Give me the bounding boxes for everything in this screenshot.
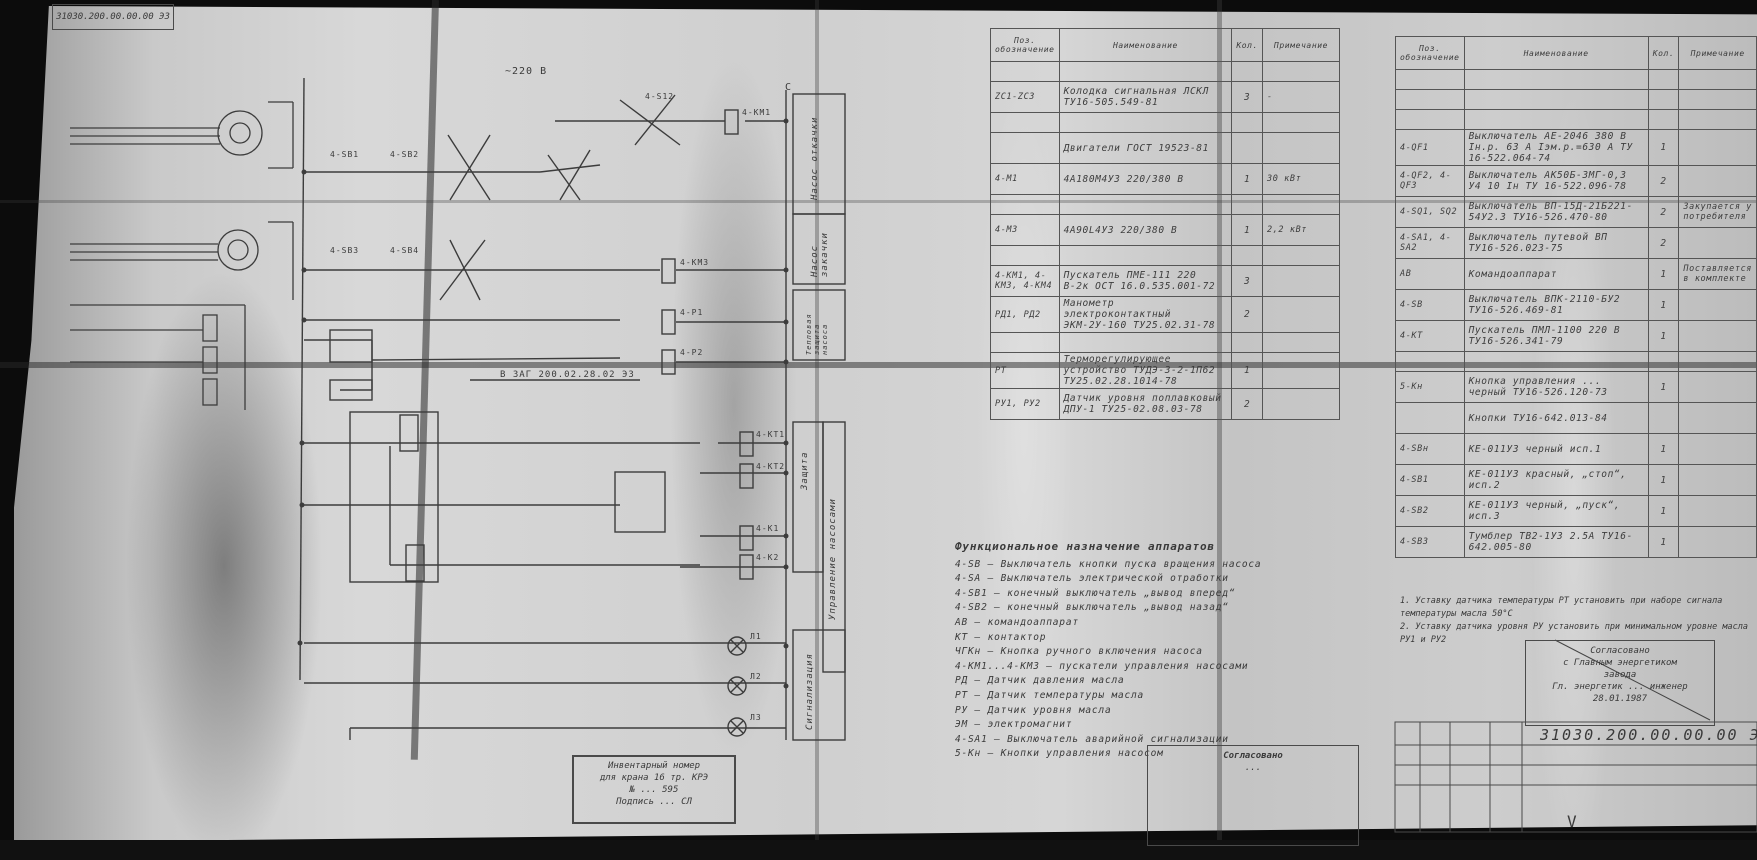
cell-note bbox=[1263, 133, 1340, 164]
approval-stamp-right: Согласовано с Главным энергетиком завода… bbox=[1525, 640, 1715, 726]
cell-name: КЕ-011У3 красный, „стоп“, исп.2 bbox=[1464, 465, 1648, 496]
cell-note: 30 кВт bbox=[1263, 164, 1340, 195]
cell-qty: 1 bbox=[1232, 164, 1263, 195]
legend-item: КТ — контактор bbox=[955, 631, 1261, 646]
switch-label: 4-S12 bbox=[645, 92, 674, 101]
approval-stamp-bottom: Согласовано ... bbox=[1147, 745, 1359, 846]
cell-note bbox=[1679, 527, 1757, 558]
table-row bbox=[1396, 352, 1757, 372]
cell-name: Двигатели ГОСТ 19523-81 bbox=[1059, 133, 1232, 164]
cell-name bbox=[1464, 70, 1648, 90]
cell-note bbox=[1263, 333, 1340, 353]
cell-note bbox=[1679, 130, 1757, 166]
lamp-label: Л2 bbox=[750, 672, 762, 681]
legend-title: Функциональное назначение аппаратов bbox=[955, 540, 1261, 555]
cell-note bbox=[1679, 352, 1757, 372]
cell-note bbox=[1263, 246, 1340, 266]
stamp-line: Подпись ... СЛ bbox=[574, 796, 734, 808]
cell-pos bbox=[991, 246, 1060, 266]
cell-name bbox=[1059, 333, 1232, 353]
stamp-line: завода bbox=[1526, 669, 1714, 681]
cell-note bbox=[1679, 290, 1757, 321]
cell-pos bbox=[991, 113, 1060, 133]
cell-pos: РД1, РД2 bbox=[991, 297, 1060, 333]
stamp-line: с Главным энергетиком bbox=[1526, 657, 1714, 669]
table-row: 4-КМ1, 4-КМ3, 4-КМ4Пускатель ПМЕ-111 220… bbox=[991, 266, 1340, 297]
cell-pos: 4-SB3 bbox=[1396, 527, 1465, 558]
cell-pos: ZC1-ZC3 bbox=[991, 82, 1060, 113]
stamp-line: для крана 16 тр. КРЭ bbox=[574, 772, 734, 784]
cell-note bbox=[1263, 195, 1340, 215]
stamp-line: № ... 595 bbox=[574, 784, 734, 796]
table-row: РУ1, РУ2Датчик уровня поплавковый ДПУ-1 … bbox=[991, 389, 1340, 420]
cell-name: Выключатель АЕ-2046 380 В Iн.р. 63 А Iэм… bbox=[1464, 130, 1648, 166]
table-row: 4-SB3Тумблер ТВ2-1У3 2.5А ТУ16-642.005-8… bbox=[1396, 527, 1757, 558]
cell-name: Пускатель ПМЕ-111 220 В-2к ОСТ 16.0.535.… bbox=[1059, 266, 1232, 297]
table-row: 4-SB2КЕ-011У3 черный, „пуск“, исп.31 bbox=[1396, 496, 1757, 527]
switch-label: 4-SB2 bbox=[390, 150, 419, 159]
cell-note: Поставляется в комплекте bbox=[1679, 259, 1757, 290]
cell-note bbox=[1679, 90, 1757, 110]
coil-label: 4-К2 bbox=[756, 553, 779, 562]
table-row bbox=[991, 246, 1340, 266]
cell-name bbox=[1464, 352, 1648, 372]
column-header: Наименование bbox=[1464, 37, 1648, 70]
cell-name: Выключатель ВП-15Д-21Б221-54У2.3 ТУ16-52… bbox=[1464, 197, 1648, 228]
lamp-label: Л1 bbox=[750, 632, 762, 641]
stamp-line: Гл. энергетик ... инженер bbox=[1526, 681, 1714, 693]
column-header: Поз. обозначение bbox=[991, 29, 1060, 62]
function-label: Насос откачки bbox=[810, 110, 820, 200]
table-header-row: Поз. обозначениеНаименованиеКол.Примечан… bbox=[991, 29, 1340, 62]
table-row bbox=[991, 62, 1340, 82]
spec-table-left: Поз. обозначениеНаименованиеКол.Примечан… bbox=[990, 28, 1340, 420]
cell-pos: 4-QF2, 4-QF3 bbox=[1396, 166, 1465, 197]
cell-pos: 4-SQ1, SQ2 bbox=[1396, 197, 1465, 228]
cell-pos: 4-SB1 bbox=[1396, 465, 1465, 496]
cell-name: КЕ-011У3 черный, „пуск“, исп.3 bbox=[1464, 496, 1648, 527]
table-row: 4-QF2, 4-QF3Выключатель АК50Б-3МГ-0,3 У4… bbox=[1396, 166, 1757, 197]
table-row: 5-КнКнопка управления ... черный ТУ16-52… bbox=[1396, 372, 1757, 403]
bottom-mark: V bbox=[1567, 812, 1578, 831]
table-row: 4-М14А180М4У3 220/380 В130 кВт bbox=[991, 164, 1340, 195]
cell-qty: 2 bbox=[1648, 166, 1679, 197]
legend-item: 4-КМ1...4-КМ3 — пускатели управления нас… bbox=[955, 660, 1261, 675]
table-row: АВКомандоаппарат1Поставляется в комплект… bbox=[1396, 259, 1757, 290]
cell-pos: РТ bbox=[991, 353, 1060, 389]
coil-label: 4-Р1 bbox=[680, 308, 703, 317]
note-line: В 3АГ 200.02.28.02 Э3 bbox=[500, 370, 635, 380]
cell-name: 4А180М4У3 220/380 В bbox=[1059, 164, 1232, 195]
cell-name: Выключатель АК50Б-3МГ-0,3 У4 10 Iн ТУ 16… bbox=[1464, 166, 1648, 197]
column-header: Примечание bbox=[1263, 29, 1340, 62]
cell-pos: 4-КМ1, 4-КМ3, 4-КМ4 bbox=[991, 266, 1060, 297]
cell-qty bbox=[1232, 113, 1263, 133]
stamp-line: 28.01.1987 bbox=[1526, 693, 1714, 705]
cell-name: Выключатель ВПК-2110-БУ2 ТУ16-526.469-81 bbox=[1464, 290, 1648, 321]
cell-qty: 1 bbox=[1648, 372, 1679, 403]
cell-note bbox=[1263, 266, 1340, 297]
legend-item: 4-SB2 — конечный выключатель „вывод наза… bbox=[955, 601, 1261, 616]
rail-label: С bbox=[785, 82, 792, 93]
cell-note bbox=[1679, 403, 1757, 434]
cell-pos: 5-Кн bbox=[1396, 372, 1465, 403]
cell-pos: 4-SB2 bbox=[1396, 496, 1465, 527]
column-header: Кол. bbox=[1648, 37, 1679, 70]
cell-qty: 1 bbox=[1648, 290, 1679, 321]
table-row bbox=[1396, 110, 1757, 130]
coil-label: 4-Р2 bbox=[680, 348, 703, 357]
cell-qty: 2 bbox=[1232, 297, 1263, 333]
table-row: 4-SBВыключатель ВПК-2110-БУ2 ТУ16-526.46… bbox=[1396, 290, 1757, 321]
function-label: Защита bbox=[800, 430, 810, 490]
coil-label: 4-КТ2 bbox=[756, 462, 785, 471]
drawing-number: 31030.200.00.00.00 Э3 bbox=[1540, 726, 1757, 744]
cell-name: Кнопки ТУ16-642.013-84 bbox=[1464, 403, 1648, 434]
legend-item: РУ — Датчик уровня масла bbox=[955, 704, 1261, 719]
cell-note bbox=[1679, 110, 1757, 130]
cell-note bbox=[1679, 321, 1757, 352]
table-row bbox=[991, 195, 1340, 215]
cell-name: Датчик уровня поплавковый ДПУ-1 ТУ25-02.… bbox=[1059, 389, 1232, 420]
cell-note bbox=[1679, 166, 1757, 197]
cell-name: КЕ-011У3 черный исп.1 bbox=[1464, 434, 1648, 465]
cell-pos: 4-SBн bbox=[1396, 434, 1465, 465]
table-row: 4-SA1, 4-SA2Выключатель путевой ВП ТУ16-… bbox=[1396, 228, 1757, 259]
function-label: Сигнализация bbox=[805, 640, 815, 730]
cell-pos: АВ bbox=[1396, 259, 1465, 290]
cell-name: Манометр электроконтактный ЭКМ-2У-160 ТУ… bbox=[1059, 297, 1232, 333]
legend-item: 4-SB1 — конечный выключатель „вывод впер… bbox=[955, 587, 1261, 602]
coil-label: 4-К1 bbox=[756, 524, 779, 533]
cell-name: Выключатель путевой ВП ТУ16-526.023-75 bbox=[1464, 228, 1648, 259]
switch-label: 4-SB1 bbox=[330, 150, 359, 159]
cell-qty bbox=[1648, 110, 1679, 130]
cell-name bbox=[1059, 62, 1232, 82]
cell-name: 4А90L4У3 220/380 В bbox=[1059, 215, 1232, 246]
function-label: Тепловая защита насоса bbox=[805, 295, 829, 355]
table-row: 4-QF1Выключатель АЕ-2046 380 В Iн.р. 63 … bbox=[1396, 130, 1757, 166]
switch-label: 4-SB4 bbox=[390, 246, 419, 255]
cell-qty bbox=[1232, 133, 1263, 164]
cell-note: - bbox=[1263, 82, 1340, 113]
cell-pos: 4-М1 bbox=[991, 164, 1060, 195]
table-row: 4-SB1КЕ-011У3 красный, „стоп“, исп.21 bbox=[1396, 465, 1757, 496]
cell-name: Пускатель ПМЛ-1100 220 В ТУ16-526.341-79 bbox=[1464, 321, 1648, 352]
stamp-line: Согласовано bbox=[1148, 750, 1358, 762]
table-row: Двигатели ГОСТ 19523-81 bbox=[991, 133, 1340, 164]
switch-label: 4-SB3 bbox=[330, 246, 359, 255]
cell-pos: 4-М3 bbox=[991, 215, 1060, 246]
table-row: ZC1-ZC3Колодка сигнальная ЛСКЛ ТУ16-505.… bbox=[991, 82, 1340, 113]
cell-qty bbox=[1232, 62, 1263, 82]
lamp-label: Л3 bbox=[750, 713, 762, 722]
cell-pos bbox=[1396, 352, 1465, 372]
cell-qty: 1 bbox=[1232, 215, 1263, 246]
cell-qty bbox=[1648, 90, 1679, 110]
cell-pos bbox=[1396, 110, 1465, 130]
cell-name bbox=[1059, 195, 1232, 215]
function-legend: Функциональное назначение аппаратов 4-SB… bbox=[955, 540, 1261, 762]
cell-qty bbox=[1232, 246, 1263, 266]
cell-pos bbox=[991, 62, 1060, 82]
stamp-line: Согласовано bbox=[1526, 645, 1714, 657]
cell-qty: 1 bbox=[1648, 465, 1679, 496]
cell-qty: 3 bbox=[1232, 82, 1263, 113]
table-row bbox=[1396, 90, 1757, 110]
table-row: РТТерморегулирующее устройство ТУДЭ-3-2-… bbox=[991, 353, 1340, 389]
cell-qty: 2 bbox=[1648, 197, 1679, 228]
cell-name bbox=[1059, 246, 1232, 266]
cell-note bbox=[1263, 297, 1340, 333]
table-header-row: Поз. обозначениеНаименованиеКол.Примечан… bbox=[1396, 37, 1757, 70]
cell-note bbox=[1263, 353, 1340, 389]
cell-name: Командоаппарат bbox=[1464, 259, 1648, 290]
table-row: 4-SQ1, SQ2Выключатель ВП-15Д-21Б221-54У2… bbox=[1396, 197, 1757, 228]
legend-item: РТ — Датчик температуры масла bbox=[955, 689, 1261, 704]
cell-pos bbox=[1396, 403, 1465, 434]
cell-name: Терморегулирующее устройство ТУДЭ-3-2-1П… bbox=[1059, 353, 1232, 389]
cell-name: Кнопка управления ... черный ТУ16-526.12… bbox=[1464, 372, 1648, 403]
cell-qty: 1 bbox=[1648, 527, 1679, 558]
cell-qty: 1 bbox=[1648, 130, 1679, 166]
column-header: Кол. bbox=[1232, 29, 1263, 62]
cell-note bbox=[1679, 372, 1757, 403]
cell-pos bbox=[991, 133, 1060, 164]
cell-qty: 1 bbox=[1648, 321, 1679, 352]
table-row: 4-SBнКЕ-011У3 черный исп.11 bbox=[1396, 434, 1757, 465]
cell-qty bbox=[1648, 70, 1679, 90]
cell-note bbox=[1679, 496, 1757, 527]
cell-qty: 2 bbox=[1232, 389, 1263, 420]
cell-name bbox=[1059, 113, 1232, 133]
cell-note bbox=[1679, 465, 1757, 496]
coil-label: 4-КМ3 bbox=[680, 258, 709, 267]
legend-item: ЭМ — электромагнит bbox=[955, 718, 1261, 733]
table-row bbox=[1396, 70, 1757, 90]
table-row: Кнопки ТУ16-642.013-84 bbox=[1396, 403, 1757, 434]
cell-note bbox=[1679, 70, 1757, 90]
cell-qty: 1 bbox=[1648, 434, 1679, 465]
cell-qty bbox=[1232, 195, 1263, 215]
cell-pos bbox=[1396, 90, 1465, 110]
cell-pos bbox=[1396, 70, 1465, 90]
legend-item: 4-SB — Выключатель кнопки пуска вращения… bbox=[955, 558, 1261, 573]
cell-name: Тумблер ТВ2-1У3 2.5А ТУ16-642.005-80 bbox=[1464, 527, 1648, 558]
cell-note bbox=[1263, 389, 1340, 420]
function-label: Управление насосами bbox=[828, 440, 838, 620]
cell-pos: 4-QF1 bbox=[1396, 130, 1465, 166]
cell-qty bbox=[1648, 403, 1679, 434]
cell-qty: 1 bbox=[1648, 496, 1679, 527]
cell-pos bbox=[991, 333, 1060, 353]
legend-item: РД — Датчик давления масла bbox=[955, 674, 1261, 689]
legend-item: ЧГКн — Кнопка ручного включения насоса bbox=[955, 645, 1261, 660]
cell-qty: 1 bbox=[1232, 353, 1263, 389]
bus-label: ~220 В bbox=[505, 66, 547, 77]
table-row: 4-М34А90L4У3 220/380 В12,2 кВт bbox=[991, 215, 1340, 246]
cell-pos: 4-SA1, 4-SA2 bbox=[1396, 228, 1465, 259]
table-row: РД1, РД2Манометр электроконтактный ЭКМ-2… bbox=[991, 297, 1340, 333]
cell-name bbox=[1464, 90, 1648, 110]
function-label: Насос закачки bbox=[810, 222, 830, 277]
cell-name: Колодка сигнальная ЛСКЛ ТУ16-505.549-81 bbox=[1059, 82, 1232, 113]
legend-item: АВ — командоаппарат bbox=[955, 616, 1261, 631]
cell-note: 2,2 кВт bbox=[1263, 215, 1340, 246]
cell-pos: РУ1, РУ2 bbox=[991, 389, 1060, 420]
table-row bbox=[991, 333, 1340, 353]
spec-table-right: Поз. обозначениеНаименованиеКол.Примечан… bbox=[1395, 36, 1757, 558]
column-header: Поз. обозначение bbox=[1396, 37, 1465, 70]
cell-pos bbox=[991, 195, 1060, 215]
cell-qty: 2 bbox=[1648, 228, 1679, 259]
cell-qty bbox=[1232, 333, 1263, 353]
cell-note bbox=[1263, 113, 1340, 133]
note-1: 1. Уставку датчика температуры РТ устано… bbox=[1400, 595, 1750, 621]
cell-note bbox=[1679, 434, 1757, 465]
cell-note: Закупается у потребителя bbox=[1679, 197, 1757, 228]
coil-label: 4-КТ1 bbox=[756, 430, 785, 439]
legend-item: 4-SA — Выключатель электрической отработ… bbox=[955, 572, 1261, 587]
stamp-line: ... bbox=[1148, 762, 1358, 774]
cell-qty: 3 bbox=[1232, 266, 1263, 297]
column-header: Наименование bbox=[1059, 29, 1232, 62]
cell-pos: 4-SB bbox=[1396, 290, 1465, 321]
column-header: Примечание bbox=[1679, 37, 1757, 70]
stamp-line: Инвентарный номер bbox=[574, 760, 734, 772]
inventory-stamp: Инвентарный номер для крана 16 тр. КРЭ №… bbox=[572, 755, 736, 824]
cell-qty bbox=[1648, 352, 1679, 372]
coil-label: 4-КМ1 bbox=[742, 108, 771, 117]
cell-qty: 1 bbox=[1648, 259, 1679, 290]
cell-pos: 4-КТ bbox=[1396, 321, 1465, 352]
cell-name bbox=[1464, 110, 1648, 130]
cell-note bbox=[1679, 228, 1757, 259]
cell-note bbox=[1263, 62, 1340, 82]
table-row bbox=[991, 113, 1340, 133]
table-row: 4-КТПускатель ПМЛ-1100 220 В ТУ16-526.34… bbox=[1396, 321, 1757, 352]
